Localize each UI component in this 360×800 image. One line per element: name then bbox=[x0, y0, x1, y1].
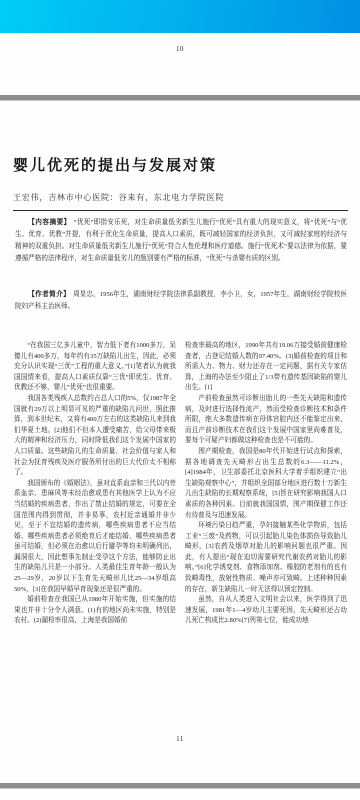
body-paragraph: 我国各类残疾人总数约占总人口的5%，仅1987年全国就有29万以上明显可见的严重… bbox=[14, 394, 176, 479]
body-paragraph: 虽然，自从人类进入文明社会以来，医学得到了迅速发展，1981年1—4岁幼儿主要死… bbox=[185, 595, 347, 627]
abstract-label: 【内容摘要】 bbox=[28, 219, 71, 226]
page-number-previous: 10 bbox=[0, 45, 360, 53]
left-column: “在我国三亿多儿童中，智力低下者有1000多万，呆傻儿有400多万，每年约有35… bbox=[14, 341, 176, 627]
page-separator-bottom-icon bbox=[0, 783, 360, 788]
byline-rule bbox=[13, 210, 348, 211]
body-paragraph: 产前检查虽然可诊断出胎儿的一些先天缺陷和遗传病，及时进行选择性流产，然而受检查诊… bbox=[185, 394, 347, 447]
page-separator-icon bbox=[0, 95, 360, 100]
body-paragraph: “在我国三亿多儿童中，智力低下者有1000多万，呆傻儿有400多万，每年约有35… bbox=[14, 341, 176, 394]
body-columns: “在我国三亿多儿童中，智力低下者有1000多万，呆傻儿有400多万，每年约有35… bbox=[14, 341, 347, 627]
body-paragraph: 环境污染日趋严重，孕妇接触某些化学物质，包括工业“三废”及药物，可以引起胎儿染色… bbox=[185, 521, 347, 595]
right-column: 检查率最高的地区，1990年共有19.06万接受婚前健康检查者，占登记结婚人数的… bbox=[185, 341, 347, 627]
body-paragraph: 婚前检查在我国已从1980年开始实施，但实施的结果也并非十分令人满意。(1)有的… bbox=[14, 595, 176, 627]
page-number-current: 11 bbox=[0, 735, 360, 743]
body-paragraph: 我国颁布的《婚姻法》，虽对直系血亲和三代以内旁系血亲、患麻风等未经治愈或患有其他… bbox=[14, 479, 176, 596]
body-paragraph: 围产期检查，我国是80年代开始进行试点和探索，据各地调查先天畸形占出生总数的6.… bbox=[185, 447, 347, 521]
author-bio-label: 【作者简介】 bbox=[28, 291, 70, 298]
page-scroll-area[interactable]: 10 婴儿优死的提出与发展对策 王宏伟，吉林市中心医院：谷来有，东北电力学院医院… bbox=[0, 33, 360, 800]
article-title: 婴儿优死的提出与发展对策 bbox=[13, 157, 348, 176]
author-bio-block: 【作者简介】周显忠，1956年生，湖南财经学院法律系副教授，李小卫，女，1957… bbox=[15, 289, 347, 313]
article-byline: 王宏伟，吉林市中心医院：谷来有，东北电力学院医院 bbox=[13, 192, 348, 203]
abstract-block: 【内容摘要】“优死”即指安乐死，对生命质量低劣新生儿施行“优死”具有重大的现实意… bbox=[15, 217, 347, 265]
viewer-top-accent-bar bbox=[0, 0, 360, 33]
document-viewer: 10 婴儿优死的提出与发展对策 王宏伟，吉林市中心医院：谷来有，东北电力学院医院… bbox=[0, 0, 360, 800]
body-paragraph: 检查率最高的地区，1990年共有19.06万接受婚前健康检查者，占登记结婚人数的… bbox=[185, 341, 347, 394]
